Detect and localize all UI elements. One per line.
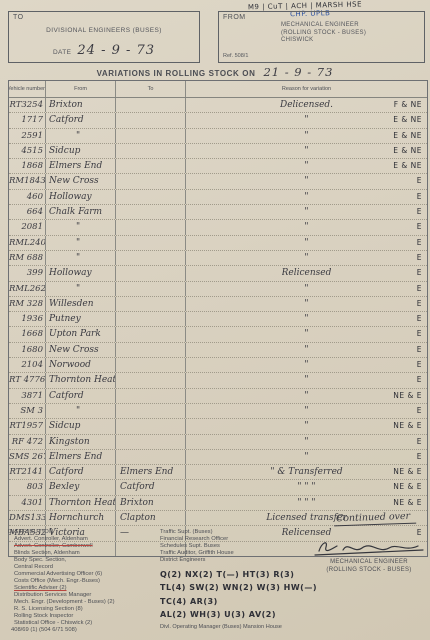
- engineering-code: E: [417, 220, 422, 234]
- vehicle-number: RML2626: [9, 282, 46, 296]
- to-garage: [116, 358, 186, 372]
- to-garage: [116, 98, 186, 112]
- table-row: 2591""E & NE: [9, 129, 427, 144]
- recipient-item: Traffic Auditor, Griffith House: [160, 550, 330, 557]
- to-garage: [116, 343, 186, 357]
- to-garage: [116, 435, 186, 449]
- engineering-code: E: [417, 312, 422, 326]
- table-row: RT3254BrixtonDelicensed.F & NE: [9, 98, 427, 113]
- to-garage: [116, 282, 186, 296]
- distribution-list: DISTRIBUTION Advert. Controller, Aldenha…: [8, 529, 158, 634]
- from-garage: Catford: [46, 465, 116, 479]
- reason-cell: "E: [186, 373, 427, 387]
- distribution-item: Scientific Adviser (2): [8, 585, 158, 592]
- vehicle-number: 1936: [9, 312, 46, 326]
- reason-cell: "E: [186, 343, 427, 357]
- garage-codes: Q(2) NX(2) T(—) HT(3) R(3)TL(4) SW(2) WN…: [160, 568, 330, 622]
- table-row: 803BexleyCatford" " "NE & E: [9, 480, 427, 495]
- vehicle-number: SM 3: [9, 404, 46, 418]
- to-garage: [116, 450, 186, 464]
- reason-cell: "E: [186, 312, 427, 326]
- engineering-code: NE & E: [393, 419, 422, 433]
- table-row: 1680New Cross"E: [9, 343, 427, 358]
- distribution-item: Central Record: [8, 564, 158, 571]
- engineering-code: E: [417, 190, 422, 204]
- vehicle-number: SMS 267: [9, 450, 46, 464]
- date-label: DATE: [53, 49, 71, 56]
- to-garage: [116, 266, 186, 280]
- from-line-3: CHISWICK: [281, 37, 366, 45]
- vehicle-number: 2104: [9, 358, 46, 372]
- to-address-box: TO DIVISIONAL ENGINEERS (BUSES) DATE24 -…: [8, 11, 200, 63]
- to-garage: [116, 159, 186, 173]
- to-garage: [116, 190, 186, 204]
- from-label: FROM: [223, 14, 246, 21]
- engineering-code: NE & E: [393, 496, 422, 510]
- to-label: TO: [13, 14, 24, 21]
- table-row: RM 688""E: [9, 251, 427, 266]
- from-garage: Elmers End: [46, 159, 116, 173]
- from-garage: New Cross: [46, 343, 116, 357]
- table-row: RT 4776Thornton Heath"E: [9, 373, 427, 388]
- to-garage: Clapton: [116, 511, 186, 525]
- engineering-code: E & NE: [393, 129, 422, 143]
- vehicle-number: 803: [9, 480, 46, 494]
- from-line-2: (ROLLING STOCK - BUSES): [281, 30, 366, 38]
- garage-code-line: Q(2) NX(2) T(—) HT(3) R(3): [160, 568, 330, 582]
- variations-table: Vehicle number From To Reason for variat…: [8, 80, 428, 557]
- from-garage: Sidcup: [46, 419, 116, 433]
- engineering-code: E: [417, 174, 422, 188]
- recipients-column: Traffic Supt. (Buses)Financial Research …: [160, 529, 330, 630]
- engineering-code: E: [417, 358, 422, 372]
- from-garage: Elmers End: [46, 450, 116, 464]
- to-garage: [116, 389, 186, 403]
- from-garage: Willesden: [46, 297, 116, 311]
- from-garage: Chalk Farm: [46, 205, 116, 219]
- garage-code-line: TL(4) SW(2) WN(2) W(3) HW(—): [160, 581, 330, 595]
- vehicle-number: 2591: [9, 129, 46, 143]
- from-garage: ": [46, 251, 116, 265]
- engineering-code: E: [417, 450, 422, 464]
- to-garage: [116, 312, 186, 326]
- operating-manager-line: Divl. Operating Manager (Buses) Mansion …: [160, 624, 330, 631]
- header-from: From: [46, 81, 116, 97]
- reason-cell: "E: [186, 236, 427, 250]
- from-garage: ": [46, 404, 116, 418]
- table-row: 2081""E: [9, 220, 427, 235]
- to-garage: [116, 404, 186, 418]
- vehicle-number: RM1843: [9, 174, 46, 188]
- from-garage: Upton Park: [46, 327, 116, 341]
- table-row: 2104Norwood"E: [9, 358, 427, 373]
- table-row: 4515Sidcup"E & NE: [9, 144, 427, 159]
- distribution-item: Advert. Controller, Camberwell: [8, 543, 158, 550]
- recipient-item: Traffic Supt. (Buses): [160, 529, 330, 536]
- recipient-item: Financial Research Officer: [160, 536, 330, 543]
- reference-number: Ref. 508/1: [223, 53, 248, 59]
- to-garage: [116, 113, 186, 127]
- table-header: Vehicle number From To Reason for variat…: [9, 81, 427, 98]
- to-recipient: DIVISIONAL ENGINEERS (BUSES): [9, 27, 199, 34]
- distribution-item: Rolling Stock Inspector: [8, 613, 158, 620]
- date-handwritten: 24 - 9 - 73: [77, 43, 155, 58]
- reason-cell: "E & NE: [186, 113, 427, 127]
- table-row: 1717Catford"E & NE: [9, 113, 427, 128]
- table-row: RT1957Sidcup"NE & E: [9, 419, 427, 434]
- from-garage: Kingston: [46, 435, 116, 449]
- reason-cell: "E: [186, 450, 427, 464]
- signature-scrawl: [313, 537, 425, 559]
- to-garage: Brixton: [116, 496, 186, 510]
- from-garage: ": [46, 236, 116, 250]
- to-garage: [116, 297, 186, 311]
- from-garage: Sidcup: [46, 144, 116, 158]
- table-row: 1668Upton Park"E: [9, 327, 427, 342]
- vehicle-number: RML2409: [9, 236, 46, 250]
- from-address-box: FROM MECHANICAL ENGINEER (ROLLING STOCK …: [218, 11, 425, 63]
- table-row: RM 328Willesden"E: [9, 297, 427, 312]
- from-garage: ": [46, 129, 116, 143]
- vehicle-number: RM 688: [9, 251, 46, 265]
- reason-cell: Delicensed.F & NE: [186, 98, 427, 112]
- reason-cell: "E: [186, 174, 427, 188]
- table-row: 664Chalk Farm"E: [9, 205, 427, 220]
- header-to: To: [116, 81, 186, 97]
- from-garage: Catford: [46, 389, 116, 403]
- reason-cell: "E: [186, 297, 427, 311]
- scanned-form-page: M9 | CuT | ACH | MARSH HSE CHP. UPLB TO …: [0, 0, 430, 640]
- distribution-item: Blinds Section, Aldenham: [8, 550, 158, 557]
- engineering-code: E: [417, 205, 422, 219]
- distribution-item: Distribution Services Manager: [8, 592, 158, 599]
- table-row: RML2626""E: [9, 282, 427, 297]
- from-garage: Thornton Heath: [46, 373, 116, 387]
- reason-cell: "E: [186, 404, 427, 418]
- distribution-item: Commercial Advertising Officer (6): [8, 571, 158, 578]
- reason-cell: "E: [186, 327, 427, 341]
- distribution-item: Advert. Controller, Aldenham: [8, 536, 158, 543]
- reason-cell: "E: [186, 435, 427, 449]
- signature-block: MECHANICAL ENGINEER (ROLLING STOCK - BUS…: [310, 537, 428, 574]
- engineering-code: NE & E: [393, 389, 422, 403]
- engineering-code: E: [417, 327, 422, 341]
- garage-code-line: AL(2) WH(3) U(3) AV(2): [160, 608, 330, 622]
- distribution-title: DISTRIBUTION: [8, 529, 158, 536]
- table-row: RF 472Kingston"E: [9, 435, 427, 450]
- to-garage: [116, 327, 186, 341]
- vehicle-number: 2081: [9, 220, 46, 234]
- vehicle-number: 1680: [9, 343, 46, 357]
- vehicle-number: 4515: [9, 144, 46, 158]
- reason-cell: "NE & E: [186, 419, 427, 433]
- to-garage: [116, 174, 186, 188]
- vehicle-number: 399: [9, 266, 46, 280]
- engineering-code: E & NE: [393, 159, 422, 173]
- to-garage: [116, 373, 186, 387]
- engineering-code: E: [417, 236, 422, 250]
- reason-cell: "E & NE: [186, 144, 427, 158]
- vehicle-number: RM 328: [9, 297, 46, 311]
- table-row: RML2409""E: [9, 236, 427, 251]
- engineering-code: E: [417, 266, 422, 280]
- reason-cell: " " "NE & E: [186, 480, 427, 494]
- reason-cell: "E: [186, 220, 427, 234]
- to-garage: [116, 419, 186, 433]
- reason-cell: "NE & E: [186, 389, 427, 403]
- to-garage: [116, 144, 186, 158]
- reason-cell: "E: [186, 190, 427, 204]
- form-code: 408/69 (1) (504 6/71 508): [8, 627, 158, 634]
- to-garage: [116, 236, 186, 250]
- vehicle-number: 1717: [9, 113, 46, 127]
- vehicle-number: 664: [9, 205, 46, 219]
- form-title: VARIATIONS IN ROLLING STOCK ON21 - 9 - 7…: [0, 65, 430, 79]
- to-garage: [116, 205, 186, 219]
- table-row: RM1843New Cross"E: [9, 174, 427, 189]
- engineering-code: E & NE: [393, 113, 422, 127]
- table-row: 1936Putney"E: [9, 312, 427, 327]
- from-garage: ": [46, 282, 116, 296]
- engineering-code: E & NE: [393, 144, 422, 158]
- from-garage: ": [46, 220, 116, 234]
- from-garage: Holloway: [46, 266, 116, 280]
- reason-cell: "E & NE: [186, 159, 427, 173]
- vehicle-number: 4301: [9, 496, 46, 510]
- table-row: RT2141CatfordElmers End" & TransferredNE…: [9, 465, 427, 480]
- from-garage: Catford: [46, 113, 116, 127]
- distribution-items: Advert. Controller, AldenhamAdvert. Cont…: [8, 536, 158, 627]
- engineering-code: NE & E: [393, 465, 422, 479]
- reason-cell: "E: [186, 205, 427, 219]
- from-garage: Bexley: [46, 480, 116, 494]
- engineering-code: F & NE: [394, 98, 422, 112]
- to-garage: [116, 129, 186, 143]
- reason-cell: "E: [186, 358, 427, 372]
- from-garage: Norwood: [46, 358, 116, 372]
- distribution-item: Body Spec. Section,: [8, 557, 158, 564]
- distribution-item: R. S. Licensing Section (8): [8, 606, 158, 613]
- engineering-code: E: [417, 373, 422, 387]
- from-garage: New Cross: [46, 174, 116, 188]
- recipient-item: Schedules Supt. Buses: [160, 543, 330, 550]
- from-garage: Brixton: [46, 98, 116, 112]
- vehicle-number: RF 472: [9, 435, 46, 449]
- distribution-item: Statistical Office - Chiswick (2): [8, 620, 158, 627]
- signatory-title-1: MECHANICAL ENGINEER: [310, 559, 428, 567]
- vehicle-number: RT3254: [9, 98, 46, 112]
- engineering-code: E: [417, 297, 422, 311]
- vehicle-number: 3871: [9, 389, 46, 403]
- vehicle-number: 460: [9, 190, 46, 204]
- form-title-date: 21 - 9 - 73: [263, 65, 333, 79]
- from-address-lines: MECHANICAL ENGINEER (ROLLING STOCK - BUS…: [281, 22, 366, 45]
- table-row: 3871Catford"NE & E: [9, 389, 427, 404]
- table-row: 4301Thornton HeathBrixton" " "NE & E: [9, 496, 427, 511]
- vehicle-number: RT1957: [9, 419, 46, 433]
- vehicle-number: 1668: [9, 327, 46, 341]
- engineering-code: NE & E: [393, 480, 422, 494]
- signatory-title-2: (ROLLING STOCK - BUSES): [310, 567, 428, 575]
- reason-cell: "E: [186, 282, 427, 296]
- to-garage: Catford: [116, 480, 186, 494]
- table-row: 1868Elmers End"E & NE: [9, 159, 427, 174]
- recipients-list: Traffic Supt. (Buses)Financial Research …: [160, 529, 330, 564]
- engineering-code: E: [417, 251, 422, 265]
- reason-cell: "E: [186, 251, 427, 265]
- reason-cell: "E & NE: [186, 129, 427, 143]
- reason-cell: " " "NE & E: [186, 496, 427, 510]
- reason-cell: RelicensedE: [186, 266, 427, 280]
- from-garage: Hornchurch: [46, 511, 116, 525]
- to-garage: Elmers End: [116, 465, 186, 479]
- garage-code-line: TC(4) AR(3): [160, 595, 330, 609]
- engineering-code: E: [417, 435, 422, 449]
- table-row: 460Holloway"E: [9, 190, 427, 205]
- to-garage: [116, 220, 186, 234]
- recipient-item: District Engineers: [160, 557, 330, 564]
- from-garage: Putney: [46, 312, 116, 326]
- vehicle-number: RT 4776: [9, 373, 46, 387]
- from-line-1: MECHANICAL ENGINEER: [281, 22, 366, 30]
- to-garage: [116, 251, 186, 265]
- distribution-item: Costs Office (Mech. Engr.-Buses): [8, 578, 158, 585]
- header-vehicle-number: Vehicle number: [9, 81, 46, 97]
- from-garage: Holloway: [46, 190, 116, 204]
- table-row: SM 3""E: [9, 404, 427, 419]
- distribution-item: Mech. Engr. (Development - Buses) (2): [8, 599, 158, 606]
- engineering-code: E: [417, 404, 422, 418]
- table-body: RT3254BrixtonDelicensed.F & NE1717Catfor…: [9, 98, 427, 556]
- date-line: DATE24 - 9 - 73: [9, 43, 199, 58]
- form-title-text: VARIATIONS IN ROLLING STOCK ON: [97, 69, 256, 78]
- table-row: 399HollowayRelicensedE: [9, 266, 427, 281]
- header-reason: Reason for variation: [186, 81, 427, 97]
- table-row: SMS 267Elmers End"E: [9, 450, 427, 465]
- vehicle-number: RT2141: [9, 465, 46, 479]
- vehicle-number: 1868: [9, 159, 46, 173]
- reason-cell: " & TransferredNE & E: [186, 465, 427, 479]
- engineering-code: E: [417, 282, 422, 296]
- vehicle-number: DMS1335: [9, 511, 46, 525]
- engineering-code: E: [417, 343, 422, 357]
- from-garage: Thornton Heath: [46, 496, 116, 510]
